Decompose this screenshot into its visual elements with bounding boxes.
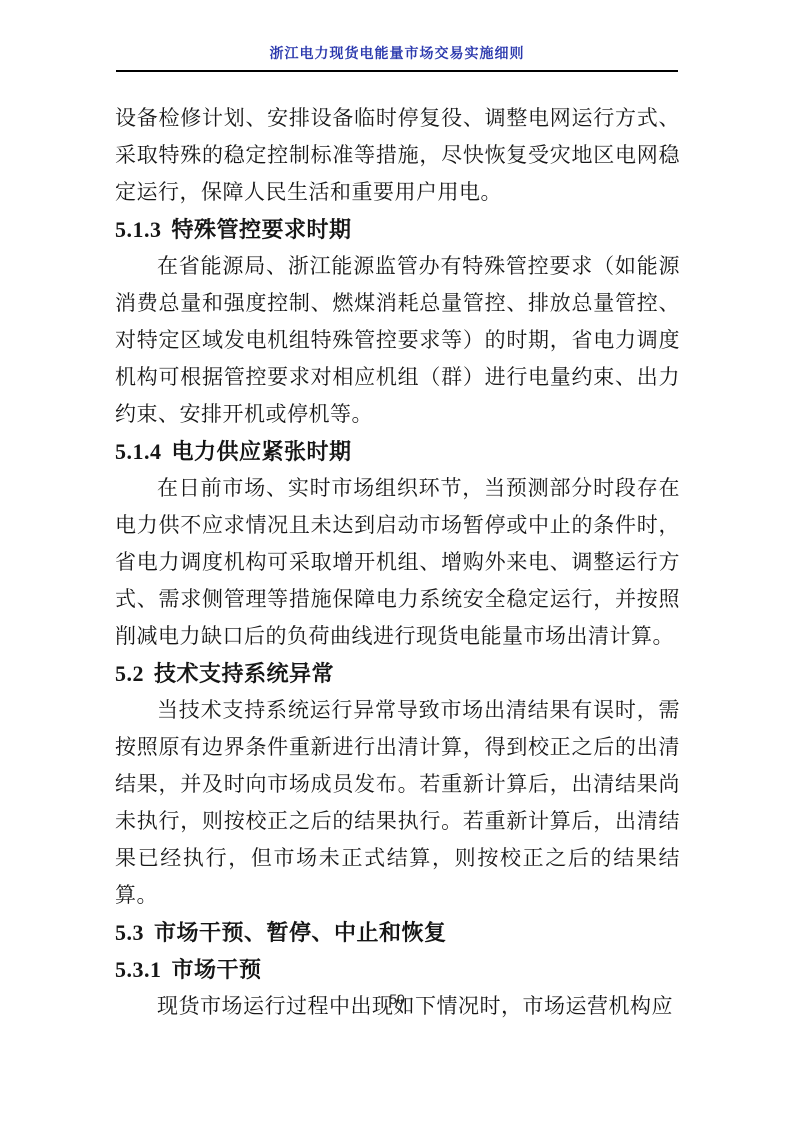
heading-title: 市场干预、暂停、中止和恢复	[154, 920, 447, 945]
page-header: 浙江电力现货电能量市场交易实施细则	[0, 0, 794, 72]
heading-number: 5.3	[115, 920, 144, 945]
paragraph: 在日前市场、实时市场组织环节，当预测部分时段存在电力供不应求情况且未达到启动市场…	[115, 470, 680, 655]
heading-number: 5.1.3	[115, 217, 162, 242]
section-heading-5-2: 5.2技术支持系统异常	[115, 655, 680, 692]
heading-number: 5.3.1	[115, 957, 162, 982]
heading-title: 市场干预	[172, 957, 262, 982]
document-body: 设备检修计划、安排设备临时停复役、调整电网运行方式、采取特殊的稳定控制标准等措施…	[115, 100, 680, 1025]
document-title: 浙江电力现货电能量市场交易实施细则	[0, 46, 794, 64]
page-number: 50	[389, 991, 405, 1007]
page-footer: 50	[0, 991, 794, 1007]
section-heading-5-3-1: 5.3.1市场干预	[115, 951, 680, 988]
heading-number: 5.2	[115, 661, 144, 686]
paragraph: 当技术支持系统运行异常导致市场出清结果有误时，需按照原有边界条件重新进行出清计算…	[115, 692, 680, 914]
section-heading-5-1-3: 5.1.3特殊管控要求时期	[115, 211, 680, 248]
heading-title: 特殊管控要求时期	[172, 217, 352, 242]
paragraph-continuation: 设备检修计划、安排设备临时停复役、调整电网运行方式、采取特殊的稳定控制标准等措施…	[115, 100, 680, 211]
document-page: 浙江电力现货电能量市场交易实施细则 设备检修计划、安排设备临时停复役、调整电网运…	[0, 0, 794, 1123]
section-heading-5-3: 5.3市场干预、暂停、中止和恢复	[115, 914, 680, 951]
section-heading-5-1-4: 5.1.4电力供应紧张时期	[115, 433, 680, 470]
paragraph: 在省能源局、浙江能源监管办有特殊管控要求（如能源消费总量和强度控制、燃煤消耗总量…	[115, 248, 680, 433]
header-rule	[116, 70, 678, 72]
heading-number: 5.1.4	[115, 439, 162, 464]
heading-title: 技术支持系统异常	[154, 661, 334, 686]
heading-title: 电力供应紧张时期	[172, 439, 352, 464]
